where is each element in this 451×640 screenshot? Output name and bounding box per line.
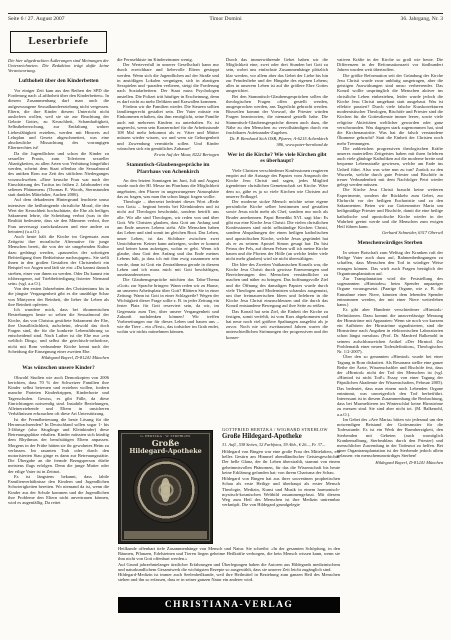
paragraph: Es gibt aber Hunderte verschiedener «Hir… — [337, 307, 443, 354]
paragraph: Hildegard-Medizin ist immer auch Seelenh… — [118, 572, 340, 582]
paragraph: Ich wundere mich, dass bei ökumenischen … — [8, 307, 109, 354]
section-title-leserbriefe: Leserbriefe — [10, 31, 107, 53]
publisher-banner: CHRISTIANA-VERLAG — [118, 597, 340, 613]
book-cover-image: G. HERTZKA · W. STREHLOW Große Hildegard… — [118, 430, 213, 544]
paragraph: Heilkunde offenbart tiefe Zusammenhänge … — [118, 546, 340, 562]
paragraph: Der Werteverfall in unserer Gesellschaft… — [117, 62, 219, 104]
paragraph: Hildegard von Bingen hat aus ihrer souve… — [222, 476, 340, 507]
paragraph: Es ist längstens bekannt, dass labile Fa… — [8, 474, 109, 505]
article-body: An den letzten Sonntagen im Juni, Juli u… — [117, 178, 219, 335]
letter-signature: Dr. P. Bernhard Sich OSB, Pfarrer, A-621… — [226, 136, 328, 146]
cover-bottom-band — [124, 531, 207, 539]
paragraph: Bei den Stammtisch-Glaubensgesprächen so… — [226, 94, 328, 136]
article-body: Die größte Reformation seit der Gründung… — [337, 73, 443, 230]
article-heading-kirche: Wer ist die Kirche? Wie viele Kirchen gi… — [226, 152, 328, 165]
paragraph: Über den so genannten «Hirntod» wurde be… — [337, 354, 443, 417]
cover-figure — [161, 478, 170, 502]
paragraph: Die größte Reformation seit der Gründung… — [337, 73, 443, 146]
page-header: Seite 6 / 27. August 2007 Timor Domini 3… — [8, 16, 443, 24]
article-body: Der Werteverfall in unserer Gesellschaft… — [117, 62, 219, 151]
article-heading-kinder: Was wünschen unsere Kinder? — [8, 365, 109, 371]
ad-text-block: GOTTFRIED HERTZKA / WIGHARD STREHLOW Gro… — [222, 427, 340, 544]
article-body: Bei den Stammtisch-Glaubensgesprächen so… — [226, 94, 328, 136]
paragraph: Auch heute hält die Kirche im Gegensatz … — [8, 234, 109, 286]
column-2: die Fernsehkiste im Kinderzimmer wenig. … — [117, 57, 219, 425]
paragraph: Fördern wir die Familien wieder. Die Ste… — [117, 104, 219, 151]
paragraph: Hildegard von Bingen war eine große Frau… — [222, 449, 340, 475]
letter-signature: Hildegard Bayerl, D-81241 München — [8, 355, 109, 360]
paragraph: Ist die Fremdbetreuung die beste Lösung … — [8, 417, 109, 474]
paragraph: In seiner Botschaft zum Welttag der Kran… — [337, 250, 443, 276]
article-heading-sterben: Menschenwürdiges Sterben — [337, 240, 443, 246]
article-heading-stammtisch: Stammtisch-Glaubensgespräche im Pfarrhau… — [117, 162, 219, 175]
paragraph: An den letzten Sonntagen im Juni, Juli u… — [117, 178, 219, 199]
cover-mandala-illustration — [134, 458, 198, 522]
header-masthead: Timor Domini — [8, 16, 443, 22]
paragraph: Die Kirche Jesu Christi braucht keine we… — [337, 187, 443, 229]
paragraph: Zur Transplantation wird die Feststellun… — [337, 276, 443, 307]
paragraph: Viele Christen verschiedener Konfessione… — [226, 168, 328, 199]
paragraph: Die zahlreichen progressiven theologisch… — [337, 146, 443, 188]
book-advertisement: G. HERTZKA · W. STREHLOW Große Hildegard… — [117, 427, 340, 619]
column-4: vativen Kräfte in der Kirche so groß wie… — [337, 57, 443, 629]
article-body: Obwohl Studien wie auch Demoskopien von … — [8, 375, 109, 505]
ad-book-title: Große Hildegard-Apotheke — [222, 433, 340, 441]
letter-signature: Erwin Auf der Maur, 8222 Beringen — [117, 152, 219, 157]
paragraph: Vor einiger Zeit kam aus den Reihen der … — [8, 88, 109, 151]
article-body: In seiner Botschaft zum Welttag der Kran… — [337, 250, 443, 459]
article-body: Vor einiger Zeit kam aus den Reihen der … — [8, 88, 109, 354]
paragraph: Theologie – übersetzt bedeutet dieses Wo… — [117, 199, 219, 277]
paragraph: Das Konzil hat sein Ziel, die Einheit de… — [226, 309, 328, 340]
article-body: Viele Christen verschiedener Konfessione… — [226, 168, 328, 340]
column-3: Durch das immerwährende Gebet haben wir … — [226, 57, 328, 425]
editorial-disclaimer: Die hier abgedruckten Äußerungen sind Me… — [8, 58, 109, 74]
ad-wide-text: Heilkunde offenbart tiefe Zusammenhänge … — [118, 546, 340, 593]
letter-signature: Gerhard Schneider, 6317 Oberwil — [337, 230, 443, 235]
newspaper-page: Seite 6 / 27. August 2007 Timor Domini 3… — [0, 0, 451, 640]
header-issue: 36. Jahrgang, Nr. 3 — [401, 16, 443, 22]
letter-signature: Hildegard Bayerl, D-81241 München — [337, 460, 443, 465]
ad-body: Hildegard von Bingen war eine große Frau… — [222, 449, 340, 507]
ad-authors: GOTTFRIED HERTZKA / WIGHARD STREHLOW — [222, 427, 340, 432]
paragraph: Die Glaubensgespräche möchten das Tabu-T… — [117, 277, 219, 334]
paragraph: Der moderne stolze Mensch möchte seine e… — [226, 199, 328, 262]
paragraph: Auf Grund jahrzehntelanger ärztlicher Er… — [118, 562, 340, 572]
article-heading-lufthoheit: Lufthoheit über den Kinderbetten — [8, 78, 109, 84]
paragraph-continuation: Durch das immerwährende Gebet haben wir … — [226, 57, 328, 94]
cover-title-line1: Große — [119, 439, 212, 447]
header-rule — [8, 13, 443, 14]
paragraph: Von den ersten Jahrzehnten des Christent… — [8, 286, 109, 307]
paragraph: Im Gebet des «Ave Maria» bitten wir jede… — [337, 417, 443, 459]
paragraph: Obwohl Studien wie auch Demoskopien von … — [8, 375, 109, 417]
paragraph-continuation: vativen Kräfte in der Kirche so groß wie… — [337, 57, 443, 73]
paragraph: Die Idee des Zweiten Vatikanischen Konzi… — [226, 262, 328, 309]
column-1: Leserbriefe Die hier abgedruckten Äußeru… — [8, 31, 109, 629]
paragraph: Auf dem dekadenten Hintergrund leuchtete… — [8, 197, 109, 234]
cover-title-line2: Hildegard-Apotheke — [119, 448, 212, 455]
paragraph: Da die Jugendlichen und schon die Kinder… — [8, 151, 109, 198]
ad-publication-info: 31. Aufl., 538 Seiten, 32 Farbfotos, 59 … — [222, 442, 340, 447]
